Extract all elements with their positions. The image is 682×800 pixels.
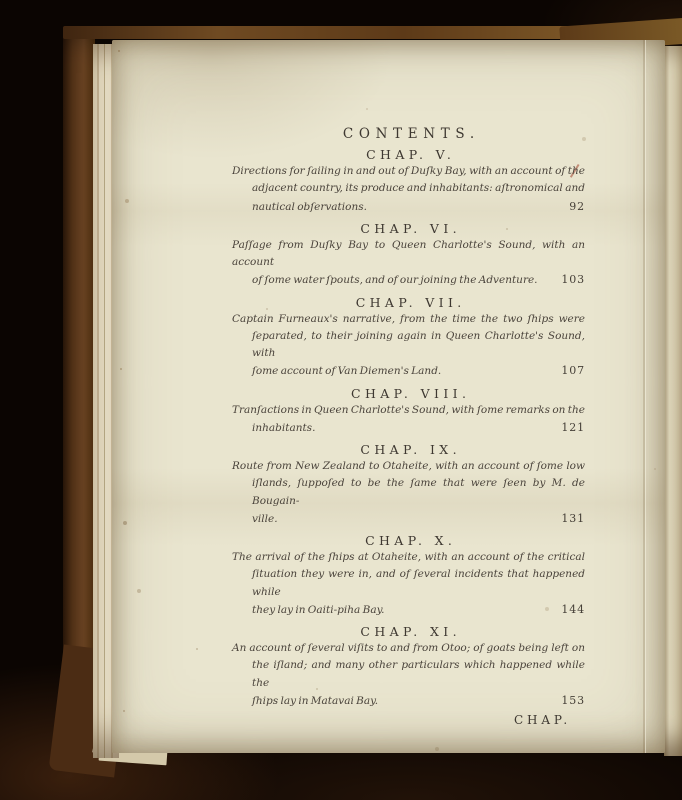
- chapter-page-number: 92: [569, 198, 585, 215]
- toc-chapter: CHAP. IX.Route from New Zealand to Otahe…: [232, 443, 585, 528]
- page-edges-right: [664, 46, 682, 756]
- foxing-specks: [118, 50, 120, 52]
- chapter-line-text: ſhips lay in Matavai Bay.: [252, 693, 378, 710]
- chapter-line: Paſſage from Duſky Bay to Queen Charlott…: [232, 237, 585, 272]
- chapter-line: ſome account of Van Diemen's Land.107: [232, 362, 585, 380]
- chapter-line: inhabitants.121: [232, 419, 585, 437]
- chapter-page-number: 107: [561, 362, 585, 379]
- chapter-line-text: nautical obſervations.: [252, 199, 367, 216]
- chapter-line: Route from New Zealand to Otaheite, with…: [232, 458, 585, 475]
- chapter-line: Directions for ſailing in and out of Duſ…: [232, 163, 585, 180]
- chapter-heading: CHAP. X.: [232, 534, 589, 548]
- catchword: CHAP.: [232, 713, 585, 727]
- page-title: CONTENTS.: [232, 126, 591, 142]
- chapter-line: ville.131: [232, 510, 585, 528]
- table-of-contents: CONTENTS. CHAP. V.Directions for ſailing…: [232, 126, 585, 727]
- chapter-page-number: 121: [561, 419, 585, 436]
- chapter-line: ſituation they were in, and of ſeveral i…: [232, 566, 585, 601]
- chapter-line: Captain Furneaux's narrative, from the t…: [232, 311, 585, 328]
- chapter-line-text: they lay in Oaiti-piha Bay.: [252, 602, 384, 619]
- toc-chapter: CHAP. X.The arrival of the ſhips at Otah…: [232, 534, 585, 619]
- toc-chapter: CHAP. V.Directions for ſailing in and ou…: [232, 148, 585, 216]
- chapter-heading: CHAP. IX.: [232, 443, 589, 457]
- chapter-page-number: 103: [561, 271, 585, 288]
- chapter-line: An account of ſeveral viſits to and from…: [232, 640, 585, 657]
- chapter-line-text: inhabitants.: [252, 420, 315, 437]
- chapter-heading: CHAP. VII.: [232, 296, 589, 310]
- chapter-list: CHAP. V.Directions for ſailing in and ou…: [232, 148, 585, 710]
- chapter-line: iſlands, ſuppoſed to be the ſame that we…: [232, 475, 585, 510]
- chapter-line: the iſland; and many other particulars w…: [232, 657, 585, 692]
- chapter-line: Tranſactions in Queen Charlotte's Sound,…: [232, 402, 585, 419]
- chapter-page-number: 153: [561, 692, 585, 709]
- chapter-line: adjacent country, its produce and inhabi…: [232, 180, 585, 197]
- chapter-heading: CHAP. VIII.: [232, 387, 589, 401]
- chapter-page-number: 144: [561, 601, 585, 618]
- toc-chapter: CHAP. VI.Paſſage from Duſky Bay to Queen…: [232, 222, 585, 290]
- book-page: CONTENTS. CHAP. V.Directions for ſailing…: [112, 40, 665, 753]
- chapter-line: of ſome water ſpouts, and of our joining…: [232, 271, 585, 289]
- chapter-line: ſhips lay in Matavai Bay.153: [232, 692, 585, 710]
- chapter-heading: CHAP. XI.: [232, 625, 589, 639]
- chapter-page-number: 131: [561, 510, 585, 527]
- chapter-line-text: ville.: [252, 511, 278, 528]
- chapter-heading: CHAP. VI.: [232, 222, 589, 236]
- chapter-line: The arrival of the ſhips at Otaheite, wi…: [232, 549, 585, 566]
- book-scan: CONTENTS. CHAP. V.Directions for ſailing…: [0, 0, 682, 800]
- toc-chapter: CHAP. XI.An account of ſeveral viſits to…: [232, 625, 585, 710]
- toc-chapter: CHAP. VII.Captain Furneaux's narrative, …: [232, 296, 585, 381]
- toc-chapter: CHAP. VIII.Tranſactions in Queen Charlot…: [232, 387, 585, 438]
- chapter-line: nautical obſervations.92: [232, 198, 585, 216]
- chapter-line: they lay in Oaiti-piha Bay.144: [232, 601, 585, 619]
- chapter-line: ſeparated, to their joining again in Que…: [232, 328, 585, 363]
- chapter-line-text: ſome account of Van Diemen's Land.: [252, 363, 441, 380]
- chapter-line-text: of ſome water ſpouts, and of our joining…: [252, 272, 538, 289]
- page-crease: [643, 40, 645, 753]
- chapter-heading: CHAP. V.: [232, 148, 589, 162]
